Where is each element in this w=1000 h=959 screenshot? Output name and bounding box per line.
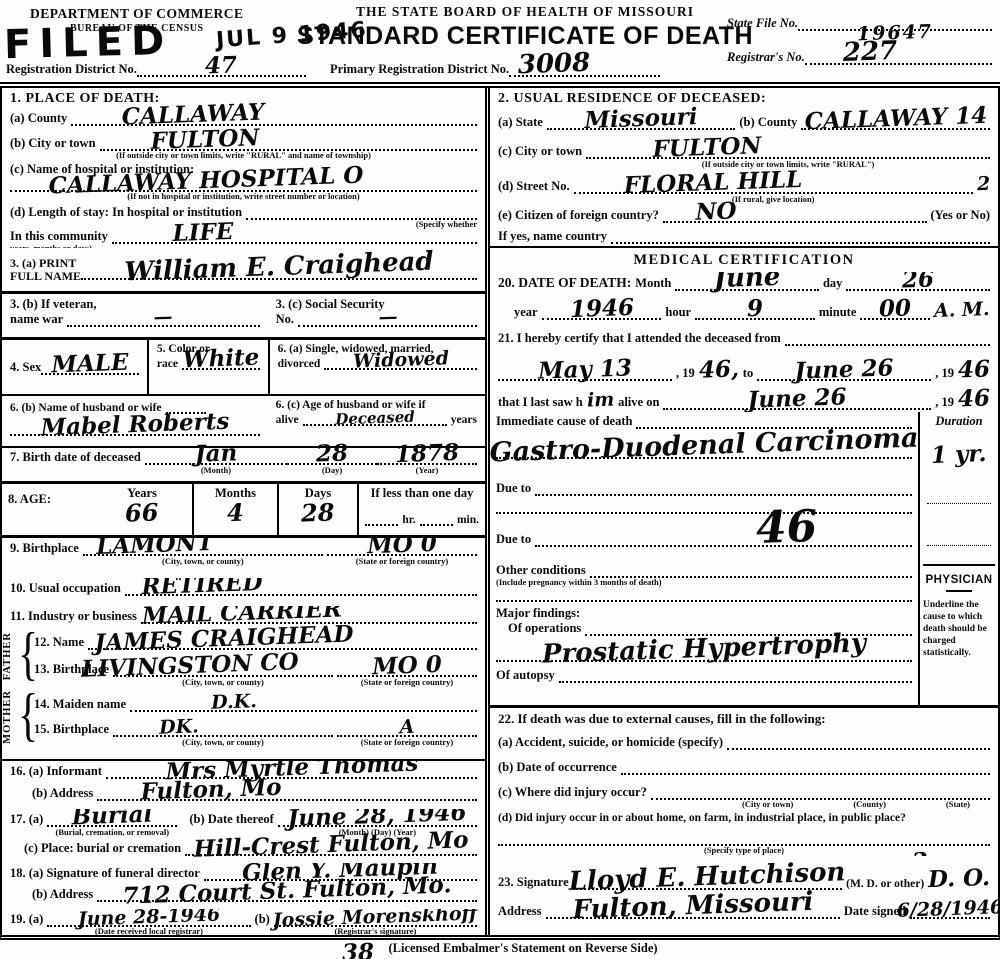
residence-street-value: FLORAL HILL xyxy=(624,168,803,197)
operations-label: Of operations xyxy=(508,621,581,636)
mother-rows: 14. Maiden name D.K. 15. Birthplace DK. … xyxy=(34,697,485,737)
ssn-label-line1: 3. (c) Social Security xyxy=(276,297,477,312)
marital-cell: 6. (a) Single, widowed, married, divorce… xyxy=(268,340,485,394)
burial-date-field: June 28, 1946 (Month) (Day) (Year) xyxy=(278,812,477,827)
sex-label: 4. Sex xyxy=(10,360,41,375)
mother-birthplace-state-value: A xyxy=(399,718,414,738)
race-cell: 5. Color or race White xyxy=(147,340,268,394)
full-name-field: William E. Craighead xyxy=(81,260,477,280)
parents-section: FATHER { 12. Name JAMES CRAIGHEAD 13. Bi… xyxy=(2,632,485,761)
residence-state-value: Missouri xyxy=(584,105,698,132)
father-birthplace-field: LIVINGSTON CO (City, town, or county) xyxy=(113,662,333,677)
veteran-label-line1: 3. (b) If veteran, xyxy=(10,297,260,312)
physician-degree-note: (M. D. or other) xyxy=(846,878,924,890)
sex-value: MALE xyxy=(51,350,129,376)
age-years-value: 66 xyxy=(125,500,159,525)
length-of-stay-label: (d) Length of stay: In hospital or insti… xyxy=(10,205,242,220)
primary-registration-value: 3008 xyxy=(518,50,591,79)
death-certificate-document: DEPARTMENT OF COMMERCE BUREAU OF THE CEN… xyxy=(0,0,1000,959)
age-hr-label: hr. xyxy=(402,514,415,526)
saw-alive-field: June 26 xyxy=(663,395,931,410)
ssn-label-line2: No. xyxy=(276,312,294,327)
saw-alive-value: June 26 xyxy=(747,385,847,411)
veteran-value: — xyxy=(154,308,174,328)
registration-district-row: Registration District No. 47 xyxy=(6,62,306,77)
ssn-field: — xyxy=(298,312,477,327)
mother-label: MOTHER xyxy=(2,690,18,744)
saw-alive-him: im xyxy=(586,391,614,411)
birthplace-state-field: MO 0 (State or foreign country) xyxy=(327,541,477,556)
registrar-no-label: Registrar's No. xyxy=(727,50,805,65)
burial-place-field: Hill-Crest Fulton, Mo xyxy=(185,841,477,856)
due-to-2-field xyxy=(535,532,912,547)
other-conditions-field2 xyxy=(496,588,912,602)
residence-county-field: CALLAWAY 14 xyxy=(801,115,990,130)
residence-street-field: FLORAL HILL (If rural, give location) xyxy=(574,179,973,194)
residence-street-extra-mark: 2 xyxy=(976,175,990,194)
death-month-field: June xyxy=(675,276,819,291)
age-label: 8. AGE: xyxy=(8,492,51,506)
sex-cell: 4. Sex MALE xyxy=(2,340,147,394)
occupation-field: RETIRED xyxy=(125,581,477,596)
registrar-no-field: 227 xyxy=(805,50,992,65)
spouse-name-field: Mabel Roberts xyxy=(10,414,260,436)
birth-day-field: 28 (Day) xyxy=(287,450,377,465)
saw-alive-label2: alive on xyxy=(618,395,659,410)
mother-birthplace-label: 15. Birthplace xyxy=(34,722,109,737)
accident-label: (a) Accident, suicide, or homicide (spec… xyxy=(498,735,723,750)
date-of-death-label: 20. DATE OF DEATH: xyxy=(498,275,631,291)
external-causes-section: 22. If death was due to external causes,… xyxy=(490,708,998,856)
birth-month-value: Jan xyxy=(194,441,237,465)
saw-alive-pre: , 19 xyxy=(935,395,954,410)
physician-underline xyxy=(946,590,972,592)
mother-maiden-value: D.K. xyxy=(211,692,257,713)
left-column: 1. PLACE OF DEATH: (a) County CALLAWAY (… xyxy=(2,88,490,935)
birth-month-field: Jan (Month) xyxy=(145,450,287,465)
marital-field: Widowed xyxy=(324,355,477,370)
primary-registration-label: Primary Registration District No. xyxy=(330,62,509,77)
registration-district-value: 47 xyxy=(205,53,238,77)
birth-date-label: 7. Birth date of deceased xyxy=(10,450,141,465)
injury-county-note: (County) xyxy=(853,800,886,810)
death-year-value: 1946 xyxy=(569,296,634,321)
citizen-field: NO xyxy=(663,208,927,223)
external-causes-heading: 22. If death was due to external causes,… xyxy=(498,711,990,727)
burial-date-label: (b) Date thereof xyxy=(189,812,273,827)
attended-from-pre: , 19 xyxy=(676,366,695,381)
age-label-cell: 8. AGE: xyxy=(2,484,92,535)
age-days-value: 28 xyxy=(301,500,335,525)
mother-maiden-label: 14. Maiden name xyxy=(34,697,126,712)
informant-label: 16. (a) Informant xyxy=(10,764,102,779)
other-conditions-field xyxy=(590,563,912,578)
father-birthplace-note: (City, town, or county) xyxy=(113,678,333,688)
death-hour-field: 9 xyxy=(695,305,815,320)
immediate-cause-value: Gastro-Duodenal Carcinoma xyxy=(489,425,919,467)
birth-day-note: (Day) xyxy=(287,466,377,476)
residence-county-label: (b) County xyxy=(739,115,797,130)
physician-address-value: Fulton, Missouri xyxy=(572,889,814,923)
saw-alive-label1: that I last saw h xyxy=(498,395,583,410)
marital-label-line2: divorced xyxy=(278,358,321,370)
father-brace: { xyxy=(18,630,34,683)
duration-label: Duration xyxy=(935,414,982,429)
occurrence-date-label: (b) Date of occurrence xyxy=(498,760,617,775)
registrar-no-row: Registrar's No. 227 xyxy=(727,50,992,65)
primary-registration-row: Primary Registration District No. 3008 xyxy=(330,62,660,77)
state-file-row: State File No. 19647 xyxy=(727,16,992,31)
mother-maiden-field: D.K. xyxy=(130,697,477,712)
residence-city-label: (c) City or town xyxy=(498,144,582,159)
due-to-1-label: Due to xyxy=(496,481,531,496)
citizen-value: NO xyxy=(695,199,737,223)
date-signed-value: 6/28/1946 xyxy=(896,898,998,921)
underline-note: Underline the cause to which death shoul… xyxy=(923,600,995,659)
informant-address-field: Fulton, Mo xyxy=(97,786,477,801)
occurrence-date-field xyxy=(621,760,990,775)
age-min-label: min. xyxy=(457,514,479,526)
community-value: LIFE xyxy=(172,220,234,245)
community-label: In this community xyxy=(10,229,108,244)
funeral-director-section: 18. (a) Signature of funeral director Gl… xyxy=(2,863,485,909)
occupation-label: 10. Usual occupation xyxy=(10,581,121,596)
length-of-stay-hospital-field xyxy=(246,205,477,220)
state-file-field: 19647 xyxy=(798,16,992,31)
residence-street-note: (If rural, give location) xyxy=(574,195,973,205)
birthplace-row: 9. Birthplace LAMONT (City, town, or cou… xyxy=(2,538,485,578)
race-value: White xyxy=(182,346,259,372)
birth-month-note: (Month) xyxy=(145,466,287,476)
registrar-signature-note: (Registrar's signature) xyxy=(274,927,477,935)
mother-birthplace-state-field: A (State or foreign country) xyxy=(337,722,477,737)
birth-year-value: 1878 xyxy=(395,441,460,466)
attended-to-label: to xyxy=(743,366,753,381)
registrar-signature-field: Jossie Morenskhoff (Registrar's signatur… xyxy=(274,912,477,927)
full-name-label-line1: 3. (a) PRINT xyxy=(10,257,81,270)
attended-from-stub xyxy=(785,331,990,346)
mother-birthplace-note: (City, town, or county) xyxy=(113,738,333,748)
mother-group: MOTHER { 14. Maiden name D.K. 15. Birthp… xyxy=(2,690,485,744)
age-days-cell: Days 28 xyxy=(277,484,357,535)
age-row: 8. AGE: Years 66 Months 4 Days 28 If les… xyxy=(2,484,485,538)
death-day-value: 26 xyxy=(902,272,935,292)
birthplace-note: (City, town, or county) xyxy=(83,557,323,567)
full-name-label: 3. (a) PRINT FULL NAME xyxy=(10,257,81,282)
citizen-note: (Yes or No) xyxy=(931,208,990,223)
name-country-field xyxy=(611,229,990,244)
injury-where-field xyxy=(651,785,990,800)
death-month-label: Month xyxy=(635,276,671,291)
death-minute-label: minute xyxy=(819,305,857,320)
age-months-value: 4 xyxy=(227,501,245,526)
birth-day-value: 28 xyxy=(316,441,349,465)
injury-where-notes: (City or town) (County) (State) xyxy=(498,800,990,810)
right-column: 2. USUAL RESIDENCE OF DECEASED: (a) Stat… xyxy=(490,88,998,935)
occupation-value: RETIRED xyxy=(141,578,263,598)
attended-from-value: May 13 xyxy=(538,356,632,382)
spouse-name-value: Mabel Roberts xyxy=(40,410,229,440)
father-birthplace-state-value: MO 0 xyxy=(372,653,442,678)
race-field: White xyxy=(182,355,260,370)
attended-from-year: 46, xyxy=(698,357,739,381)
burial-label: 17. (a) xyxy=(10,812,43,827)
father-birthplace-state-note: (State or foreign country) xyxy=(337,678,477,688)
physician-signature-label: 23. Signature xyxy=(498,875,569,890)
spouse-age-label-line2: alive xyxy=(276,414,299,426)
age-months-cell: Months 4 xyxy=(192,484,277,535)
veteran-label-line2: name war xyxy=(10,312,63,327)
death-am-value: A. M. xyxy=(934,300,990,321)
county-label: (a) County xyxy=(10,111,67,126)
other-conditions-label: Other conditions xyxy=(496,563,586,578)
attended-to-year: 46 xyxy=(958,357,991,381)
name-country-label: If yes, name country xyxy=(498,229,607,244)
residence-county-value: CALLAWAY 14 xyxy=(804,104,987,133)
informant-section: 16. (a) Informant Mrs Myrtle Thomas (b) … xyxy=(2,761,485,809)
accident-field xyxy=(727,735,990,750)
city-note: (If outside city or town limits, write "… xyxy=(10,151,477,161)
embalmer-statement-note: (Licensed Embalmer's Statement on Revers… xyxy=(388,941,657,956)
burial-type-value: Burial xyxy=(72,809,153,828)
attended-to-field: June 26 xyxy=(757,366,931,381)
operations-field: Prostatic Hypertrophy xyxy=(496,636,912,662)
death-minute-field: 00 xyxy=(860,305,930,320)
primary-registration-field: 3008 xyxy=(509,62,660,77)
full-name-value: William E. Craighead xyxy=(124,248,434,285)
registrar-signature-label: (b) xyxy=(255,912,270,927)
age-min-field xyxy=(420,511,453,526)
birthplace-state-value: MO 0 xyxy=(367,538,437,557)
certificate-body: 1. PLACE OF DEATH: (a) County CALLAWAY (… xyxy=(0,88,1000,940)
residence-city-value: FULTON xyxy=(652,134,762,161)
informant-address-value: Fulton, Mo xyxy=(140,776,282,804)
death-hour-label: hour xyxy=(665,305,691,320)
footer: 38 (Licensed Embalmer's Statement on Rev… xyxy=(0,940,1000,959)
attended-to-value: June 26 xyxy=(794,356,894,382)
burial-place-value: Hill-Crest Fulton, Mo xyxy=(193,828,469,861)
duration-stub-1 xyxy=(927,492,992,504)
registrar-no-value: 227 xyxy=(843,38,898,66)
autopsy-field xyxy=(559,668,912,683)
race-label-line2: race xyxy=(157,358,178,370)
date-received-field: June 28-1946 (Date received local regist… xyxy=(47,912,250,927)
birthplace-state-note: (State or foreign country) xyxy=(327,557,477,567)
birthplace-field: LAMONT (City, town, or county) xyxy=(83,541,323,556)
veteran-field: — xyxy=(67,312,260,327)
veteran-cell: 3. (b) If veteran, name war — xyxy=(2,294,268,337)
residence-section: 2. USUAL RESIDENCE OF DECEASED: (a) Stat… xyxy=(490,88,998,248)
residence-state-label: (a) State xyxy=(498,115,543,130)
attended-line1: 21. I hereby certify that I attended the… xyxy=(498,331,781,346)
birth-year-field: 1878 (Year) xyxy=(377,450,477,465)
community-field: LIFE xyxy=(112,229,477,244)
spouse-age-suffix: years xyxy=(451,414,477,426)
date-signed-field: 6/28/1946 xyxy=(910,904,990,919)
certificate-header: DEPARTMENT OF COMMERCE BUREAU OF THE CEN… xyxy=(0,0,1000,88)
due-to-1-field xyxy=(535,481,912,496)
age-less-label: If less than one day xyxy=(365,486,479,501)
death-minute-value: 00 xyxy=(879,296,912,320)
immediate-cause-field: Gastro-Duodenal Carcinoma xyxy=(496,429,912,459)
citizen-label: (e) Citizen of foreign country? xyxy=(498,208,659,223)
mother-birthplace-state-note: (State or foreign country) xyxy=(337,738,477,748)
attended-to-pre: , 19 xyxy=(935,366,954,381)
death-day-field: 26 xyxy=(846,276,990,291)
date-of-death-section: 20. DATE OF DEATH: Month June day 26 yea… xyxy=(490,272,998,328)
father-label: FATHER xyxy=(2,632,18,680)
medical-certification-heading: MEDICAL CERTIFICATION xyxy=(490,248,998,272)
footer-hand-number: 38 xyxy=(342,940,375,959)
residence-street-label: (d) Street No. xyxy=(498,179,570,194)
birthplace-label: 9. Birthplace xyxy=(10,541,79,556)
father-name-label: 12. Name xyxy=(34,635,84,650)
full-name-label-line2: FULL NAME xyxy=(10,270,81,283)
due-to-2-label: Due to xyxy=(496,532,531,547)
residence-state-field: Missouri xyxy=(547,115,736,130)
mother-birthplace-field: DK. (City, town, or county) xyxy=(113,722,333,737)
registration-district-label: Registration District No. xyxy=(6,62,137,77)
city-field: FULTON xyxy=(100,136,477,151)
death-hour-value: 9 xyxy=(747,297,764,321)
birth-year-note: (Year) xyxy=(377,466,477,476)
immediate-cause-label: Immediate cause of death xyxy=(496,414,632,429)
means-of-injury-value: 2 xyxy=(912,849,929,856)
injury-home-field xyxy=(498,830,990,846)
death-year-field: 1946 xyxy=(542,305,662,320)
state-file-label: State File No. xyxy=(727,16,798,31)
death-month-value: June xyxy=(713,272,781,292)
burial-place-label: (c) Place: burial or cremation xyxy=(24,841,181,856)
saw-alive-year: 46 xyxy=(958,386,991,410)
city-label: (b) City or town xyxy=(10,136,96,151)
other-conditions-note: (Include pregnancy within 3 months of de… xyxy=(496,578,912,588)
spouse-age-value: Deceased xyxy=(335,410,415,428)
father-birthplace-state-field: MO 0 (State or foreign country) xyxy=(337,662,477,677)
physician-address-field: Fulton, Missouri xyxy=(546,904,840,919)
physician-degree-value: D. O. xyxy=(928,866,991,891)
operations-value: Prostatic Hypertrophy xyxy=(542,630,867,667)
burial-type-field: Burial (Burial, cremation, or removal) xyxy=(47,812,177,827)
age-years-cell: Years 66 xyxy=(92,484,192,535)
attended-section: 21. I hereby certify that I attended the… xyxy=(490,328,998,412)
mother-brace: { xyxy=(18,691,34,744)
sex-race-marital-row: 4. Sex MALE 5. Color or race White 6 xyxy=(2,340,485,396)
marital-value: Widowed xyxy=(352,349,449,371)
due-to-1-field2 xyxy=(496,496,912,514)
age-hr-field xyxy=(365,511,398,526)
informant-address-label: (b) Address xyxy=(32,786,93,801)
sex-field: MALE xyxy=(41,360,139,375)
duration-stub-2 xyxy=(927,534,992,546)
occupation-row: 10. Usual occupation RETIRED xyxy=(2,578,485,606)
funeral-director-label: 18. (a) Signature of funeral director xyxy=(10,866,200,881)
physician-signature-section: 23. Signature Lloyd E. Hutchison (M. D. … xyxy=(490,856,998,935)
spouse-name-cell: 6. (b) Name of husband or wife Mabel Rob… xyxy=(2,396,268,446)
injury-home-label: (d) Did injury occur in or about home, o… xyxy=(498,812,990,824)
registration-district-field: 47 xyxy=(137,62,306,77)
age-less-cell: If less than one day hr. min. xyxy=(357,484,485,535)
ssn-cell: 3. (c) Social Security No. — xyxy=(268,294,485,337)
injury-city-note: (City or town) xyxy=(742,800,793,810)
death-year-label: year xyxy=(514,305,538,320)
injury-where-label: (c) Where did injury occur? xyxy=(498,785,647,800)
place-of-death-section: 1. PLACE OF DEATH: (a) County CALLAWAY (… xyxy=(2,88,485,248)
strip-divider xyxy=(923,564,995,566)
physician-label: PHYSICIAN xyxy=(925,574,992,586)
physician-address-label: Address xyxy=(498,904,542,919)
attended-from-field: May 13 xyxy=(498,366,672,381)
veteran-ssn-row: 3. (b) If veteran, name war — 3. (c) Soc… xyxy=(2,294,485,340)
mother-birthplace-value: DK. xyxy=(159,717,199,737)
filed-stamp: FILED xyxy=(3,18,172,68)
cause-of-death-main: Immediate cause of death Gastro-Duodenal… xyxy=(490,412,918,705)
county-field: CALLAWAY xyxy=(71,111,477,126)
autopsy-label: Of autopsy xyxy=(496,668,555,683)
father-group: FATHER { 12. Name JAMES CRAIGHEAD 13. Bi… xyxy=(2,632,485,680)
burial-section: 17. (a) Burial (Burial, cremation, or re… xyxy=(2,809,485,863)
date-received-note: (Date received local registrar) xyxy=(47,927,250,935)
city-value: FULTON xyxy=(150,126,260,153)
ssn-value: — xyxy=(378,308,398,328)
duration-physician-strip: Duration 1 yr. PHYSICIAN Underline the c… xyxy=(918,412,998,705)
due-to-scrawl-mark: 46 xyxy=(755,505,818,551)
birth-date-row: 7. Birth date of deceased Jan (Month) 28… xyxy=(2,448,485,484)
injury-state-note: (State) xyxy=(946,800,970,810)
hospital-field: CALLAWAY HOSPITAL O xyxy=(10,177,477,192)
cause-of-death-block: Immediate cause of death Gastro-Duodenal… xyxy=(490,412,998,708)
burial-type-note: (Burial, cremation, or removal) xyxy=(21,828,203,838)
residence-city-field: FULTON (If outside city or town limits, … xyxy=(586,144,990,159)
spouse-age-field: Deceased xyxy=(303,411,447,426)
funeral-director-address-field: 712 Court St. Fulton, Mo. xyxy=(97,887,477,902)
length-of-stay-note1: (Specify whether xyxy=(10,220,477,230)
registrar-section: 19. (a) June 28-1946 (Date received loca… xyxy=(2,909,485,935)
immediate-cause-duration: 1 yr. xyxy=(931,442,987,467)
full-name-row: 3. (a) PRINT FULL NAME William E. Craigh… xyxy=(2,248,485,294)
date-received-label: 19. (a) xyxy=(10,912,43,927)
death-day-label: day xyxy=(823,276,842,291)
father-rows: 12. Name JAMES CRAIGHEAD 13. Birthplace … xyxy=(34,635,485,677)
major-findings-label: Major findings: xyxy=(496,606,912,621)
funeral-director-address-label: (b) Address xyxy=(32,887,93,902)
